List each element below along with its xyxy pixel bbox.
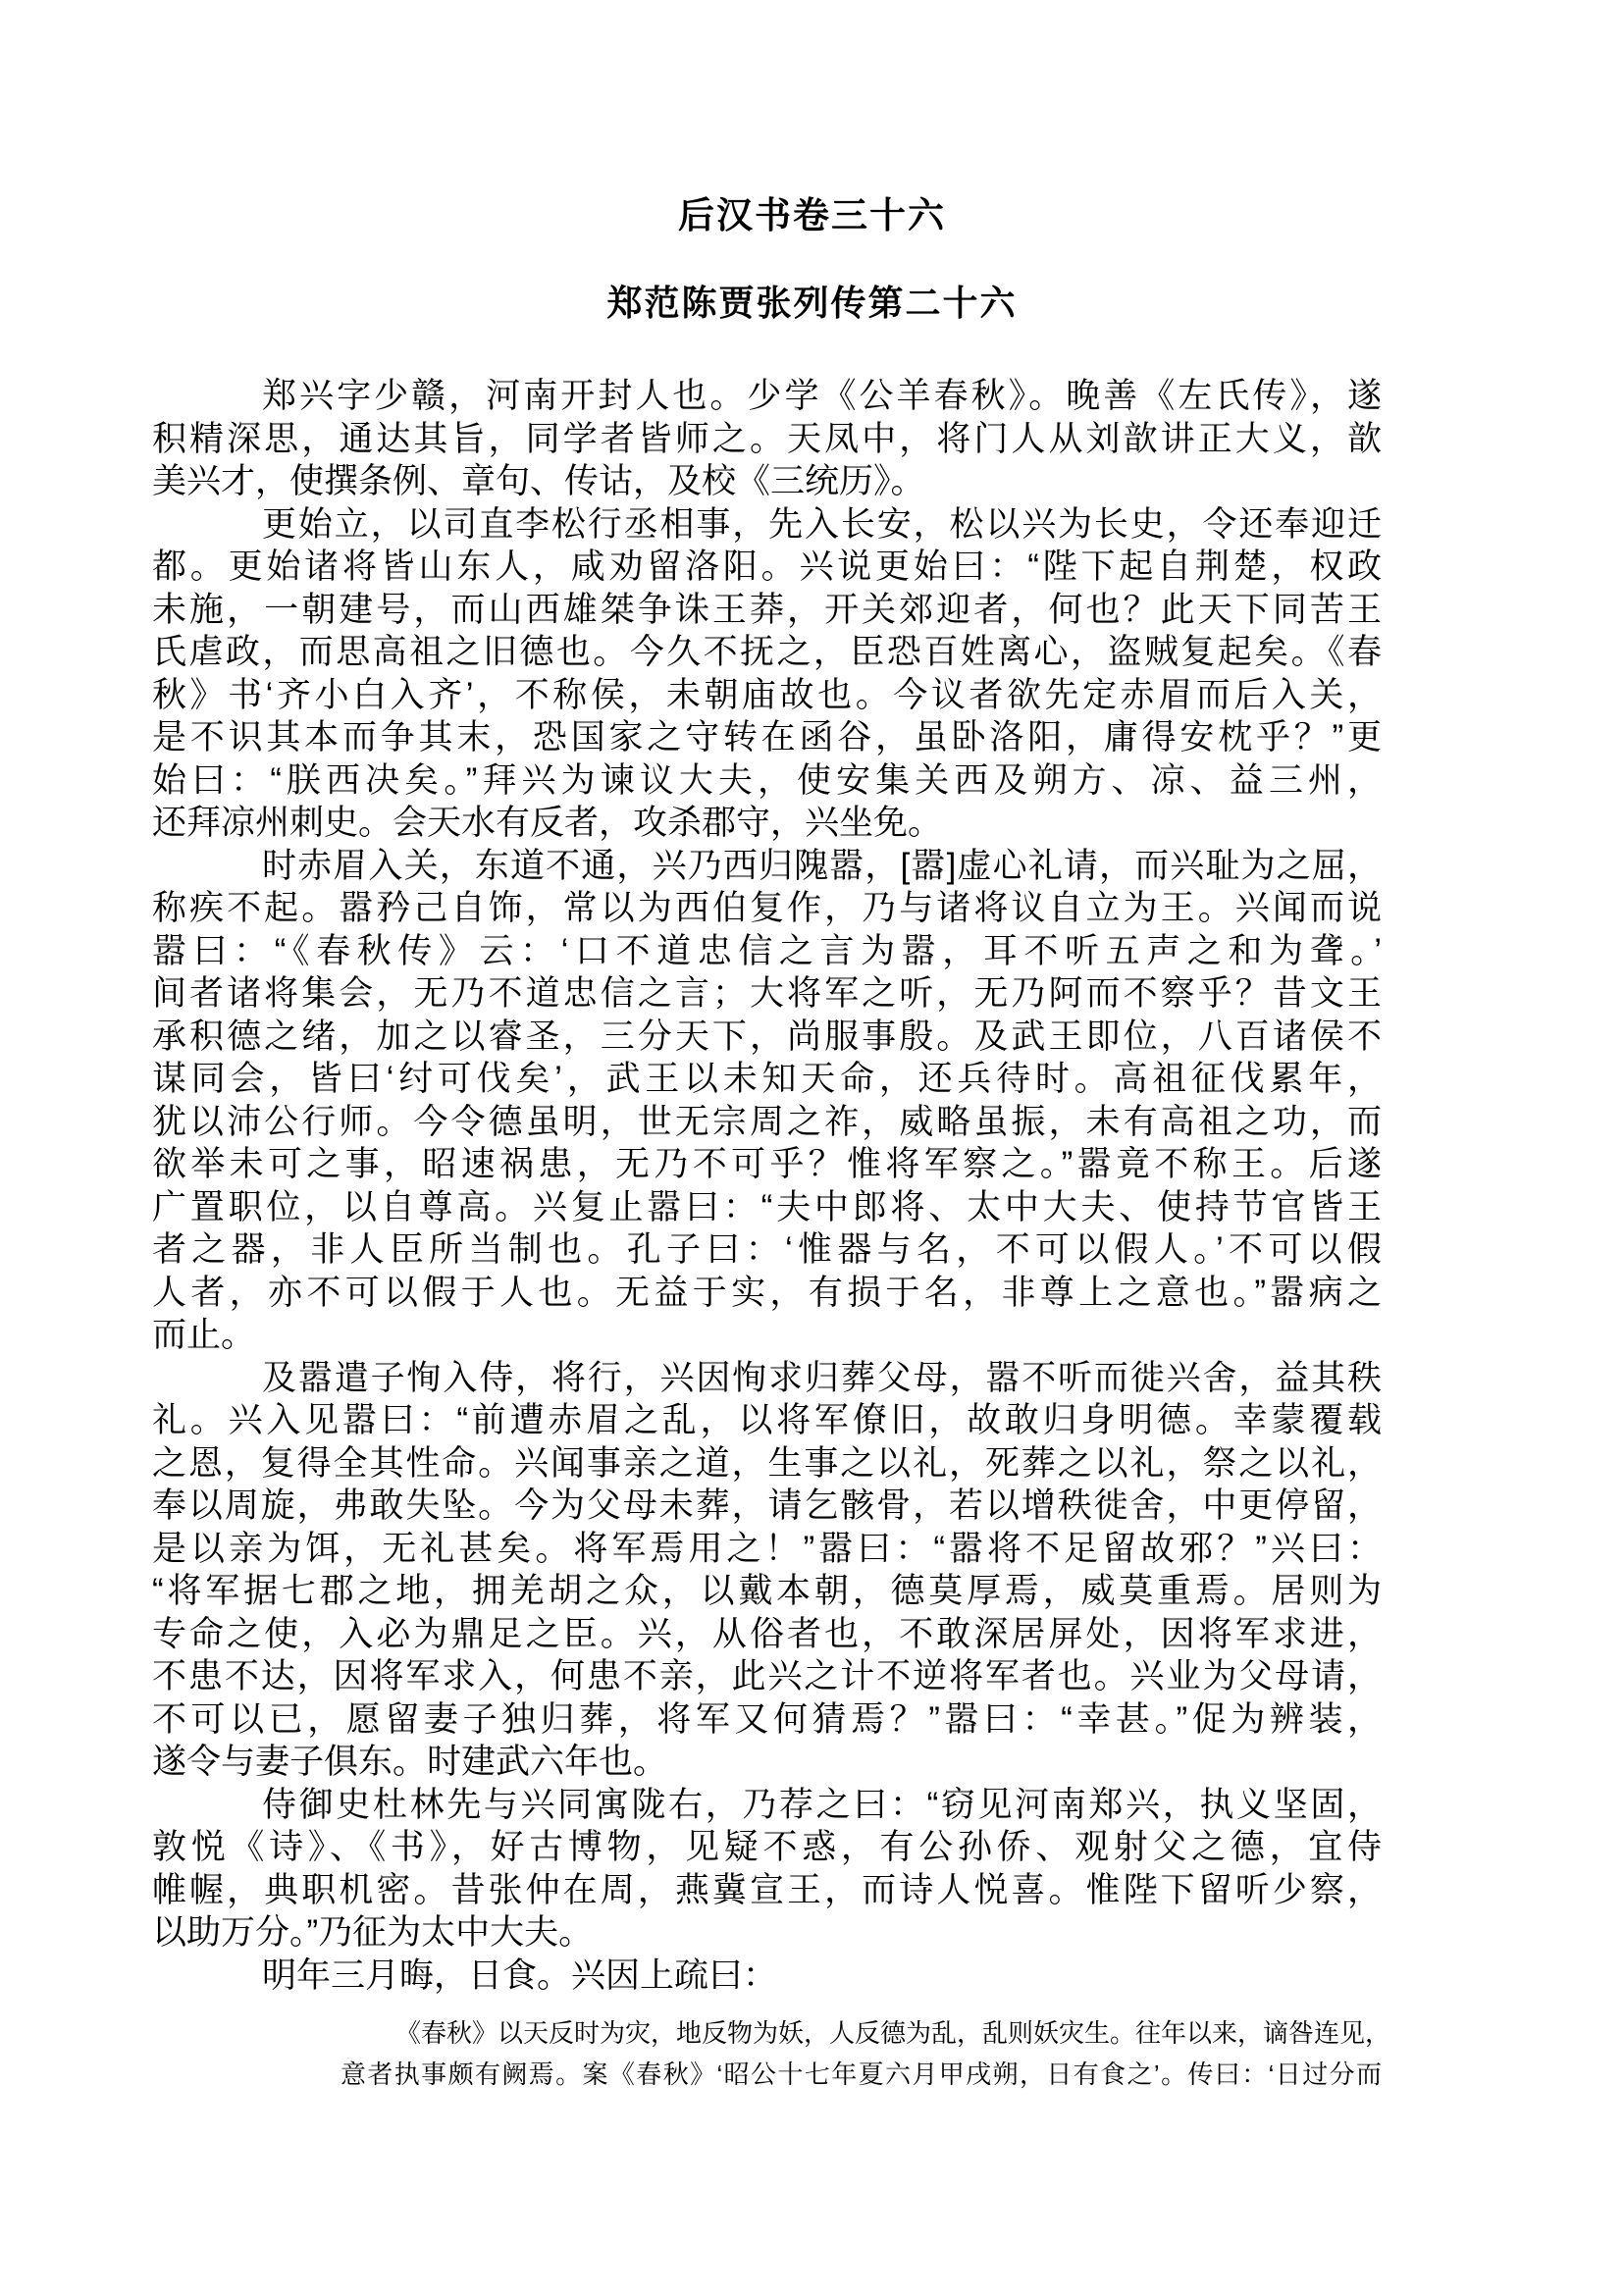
text-line: 欲举未可之事，昭速祸患，无乃不可乎？惟将军察之。”嚣竟不称王。后遂 [152, 1143, 1382, 1186]
text-line: 更始立，以司直李松行丞相事，先入长安，松以兴为长史，令还奉迎迁 [152, 503, 1382, 547]
text-line: 是不识其本而争其末，恐国家之守转在函谷，虽卧洛阳，庸得安枕乎？”更 [152, 716, 1382, 759]
text-line: 氏虐政，而思高祖之旧德也。今久不抚之，臣恐百姓离心，盗贼复起矣。《春 [152, 631, 1382, 674]
text-line: 始曰：“朕西决矣。”拜兴为谏议大夫，使安集关西及朔方、凉、益三州， [152, 759, 1382, 803]
text-line: 承积德之绪，加之以睿圣，三分天下，尚服事殷。及武王即位，八百诸侯不 [152, 1016, 1382, 1059]
text-line: 是以亲为饵，无礼甚矣。将军焉用之！”嚣曰：“嚣将不足留故邪？”兴曰： [152, 1528, 1382, 1571]
text-line: 及嚣遣子恂入侍，将行，兴因恂求归葬父母，嚣不听而徙兴舍，益其秩 [152, 1357, 1382, 1400]
paragraph: 明年三月晦，日食。兴因上疏曰： [152, 1955, 1382, 1998]
text-line: 之恩，复得全其性命。兴闻事亲之道，生事之以礼，死葬之以礼，祭之以礼， [152, 1442, 1382, 1486]
text-line: 积精深思，通达其旨，同学者皆师之。天凤中，将门人从刘歆讲正大义，歆 [152, 418, 1382, 461]
text-line: 遂令与妻子俱东。时建武六年也。 [152, 1741, 1382, 1784]
text-line: 郑兴字少赣，河南开封人也。少学《公羊春秋》。晚善《左氏传》，遂 [152, 375, 1382, 418]
paragraph: 更始立，以司直李松行丞相事，先入长安，松以兴为长史，令还奉迎迁都。更始诸将皆山东… [152, 503, 1382, 845]
text-line: 秋》书‘齐小白入齐’，不称侯，未朝庙故也。今议者欲先定赤眉而后入关， [152, 674, 1382, 717]
text-line: 间者诸将集会，无乃不道忠信之言；大将军之听，无乃阿而不察乎？昔文王 [152, 972, 1382, 1016]
document-page: 后汉书卷三十六 郑范陈贾张列传第二十六 郑兴字少赣，河南开封人也。少学《公羊春秋… [0, 0, 1624, 2294]
text-line: 还拜凉州刺史。会天水有反者，攻杀郡守，兴坐免。 [152, 802, 1382, 845]
text-line: 称疾不起。嚣矜己自饰，常以为西伯复作，乃与诸将议自立为王。兴闻而说 [152, 887, 1382, 930]
text-line: 奉以周旋，弗敢失坠。今为父母未葬，请乞骸骨，若以增秩徙舍，中更停留， [152, 1485, 1382, 1528]
text-line: 都。更始诸将皆山东人，咸劝留洛阳。兴说更始曰：“陛下起自荆楚，权政 [152, 546, 1382, 589]
quote-text-line: 意者执事颇有阙焉。案《春秋》‘昭公十七年夏六月甲戌朔，日有食之’。传曰：‘日过分… [341, 2054, 1382, 2095]
text-line: 明年三月晦，日食。兴因上疏曰： [152, 1955, 1382, 1998]
text-line: 而止。 [152, 1314, 1382, 1357]
text-line: 广置职位，以自尊高。兴复止嚣曰：“夫中郎将、太中大夫、使持节官皆王 [152, 1186, 1382, 1229]
text-line: 嚣曰：“《春秋传》云：‘口不道忠信之言为嚣，耳不听五声之和为聋。’ [152, 930, 1382, 973]
quote-text-line: 《春秋》以天反时为灾，地反物为妖，人反德为乱，乱则妖灾生。往年以来，谪咎连见， [341, 2012, 1382, 2054]
text-line: 者之器，非人臣所当制也。孔子曰：‘惟器与名，不可以假人。’不可以假 [152, 1228, 1382, 1272]
quoted-memorial-paragraph: 《春秋》以天反时为灾，地反物为妖，人反德为乱，乱则妖灾生。往年以来，谪咎连见，意… [341, 2012, 1382, 2095]
text-line: “将军据七郡之地，拥羌胡之众，以戴本朝，德莫厚焉，威莫重焉。居则为 [152, 1570, 1382, 1613]
text-line: 专命之使，入必为鼎足之臣。兴，从俗者也，不敢深居屏处，因将军求进， [152, 1613, 1382, 1656]
text-line: 未施，一朝建号，而山西雄桀争诛王莽，开关郊迎者，何也？此天下同苦王 [152, 589, 1382, 632]
text-line: 帷幄，典职机密。昔张仲在周，燕冀宣王，而诗人悦喜。惟陛下留听少察， [152, 1869, 1382, 1912]
paragraph: 侍御史杜林先与兴同寓陇右，乃荐之曰：“窃见河南郑兴，执义坚固，敦悦《诗》、《书》… [152, 1784, 1382, 1955]
text-line: 礼。兴入见嚣曰：“前遭赤眉之乱，以将军僚旧，故敢归身明德。幸蒙覆载 [152, 1399, 1382, 1442]
paragraph: 时赤眉入关，东道不通，兴乃西归隗嚣，[嚣]虚心礼请，而兴耻为之屈，称疾不起。嚣矜… [152, 845, 1382, 1357]
page-title: 后汉书卷三十六 [0, 0, 1624, 236]
text-line: 美兴才，使撰条例、章句、传诂，及校《三统历》。 [152, 460, 1382, 503]
text-line: 不患不达，因将军求入，何患不亲，此兴之计不逆将军者也。兴业为父母请， [152, 1655, 1382, 1698]
text-line: 不可以已，愿留妻子独归葬，将军又何猜焉？”嚣曰：“幸甚。”促为辨装， [152, 1698, 1382, 1742]
text-line: 人者，亦不可以假于人也。无益于实，有损于名，非尊上之意也。”嚣病之 [152, 1272, 1382, 1315]
paragraph: 及嚣遣子恂入侍，将行，兴因恂求归葬父母，嚣不听而徙兴舍，益其秩礼。兴入见嚣曰：“… [152, 1357, 1382, 1784]
chapter-subtitle: 郑范陈贾张列传第二十六 [0, 282, 1624, 324]
text-line: 谋同会，皆曰‘纣可伐矣’，武王以未知天命，还兵待时。高祖征伐累年， [152, 1058, 1382, 1101]
paragraph: 郑兴字少赣，河南开封人也。少学《公羊春秋》。晚善《左氏传》，遂积精深思，通达其旨… [152, 375, 1382, 503]
text-line: 犹以沛公行师。今令德虽明，世无宗周之祚，威略虽振，未有高祖之功，而 [152, 1101, 1382, 1144]
text-line: 时赤眉入关，东道不通，兴乃西归隗嚣，[嚣]虚心礼请，而兴耻为之屈， [152, 845, 1382, 888]
text-line: 敦悦《诗》、《书》，好古博物，见疑不惑，有公孙侨、观射父之德，宜侍 [152, 1826, 1382, 1869]
text-line: 侍御史杜林先与兴同寓陇右，乃荐之曰：“窃见河南郑兴，执义坚固， [152, 1784, 1382, 1827]
document-body: 郑兴字少赣，河南开封人也。少学《公羊春秋》。晚善《左氏传》，遂积精深思，通达其旨… [152, 375, 1382, 2095]
text-line: 以助万分。”乃征为太中大夫。 [152, 1911, 1382, 1955]
